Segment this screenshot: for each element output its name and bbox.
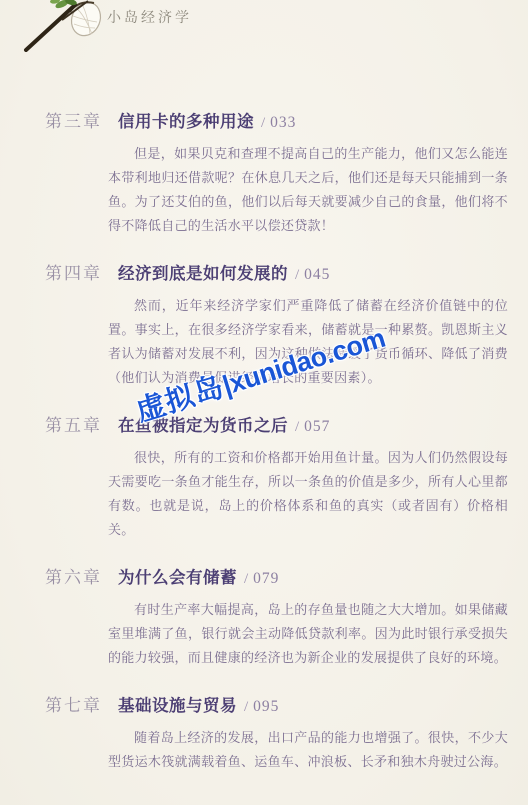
chapter-entry-6: 第六章 为什么会有储蓄 / 079 有时生产率大幅提高，岛上的存鱼量也随之大大增… xyxy=(45,566,508,670)
chapter-summary: 随着岛上经济的发展，出口产品的能力也增强了。很快，不少大型货运木筏就满载着鱼、运… xyxy=(108,726,508,774)
chapter-separator: / xyxy=(261,111,265,135)
chapter-entry-7: 第七章 基础设施与贸易 / 095 随着岛上经济的发展，出口产品的能力也增强了。… xyxy=(45,694,508,774)
chapter-heading: 第六章 为什么会有储蓄 / 079 xyxy=(45,566,508,591)
chapter-title: 基础设施与贸易 xyxy=(118,694,237,718)
chapter-summary: 有时生产率大幅提高，岛上的存鱼量也随之大大增加。如果储藏室里堆满了鱼，银行就会主… xyxy=(108,598,508,670)
table-of-contents: 第三章 信用卡的多种用途 / 033 但是，如果贝克和查理不提高自己的生产能力，… xyxy=(45,110,508,798)
chapter-label: 第六章 xyxy=(45,566,102,590)
chapter-label: 第四章 xyxy=(45,262,102,286)
chapter-separator: / xyxy=(244,567,248,591)
chapter-separator: / xyxy=(295,263,299,287)
chapter-page-number: 057 xyxy=(304,415,330,439)
chapter-page-number: 033 xyxy=(270,111,296,135)
chapter-title: 在鱼被指定为货币之后 xyxy=(118,414,288,438)
fishing-net-icon xyxy=(18,0,113,52)
chapter-page-number: 045 xyxy=(304,263,330,287)
chapter-entry-5: 第五章 在鱼被指定为货币之后 / 057 很快，所有的工资和价格都开始用鱼计量。… xyxy=(45,414,508,542)
chapter-heading: 第五章 在鱼被指定为货币之后 / 057 xyxy=(45,414,508,439)
chapter-heading: 第四章 经济到底是如何发展的 / 045 xyxy=(45,262,508,287)
chapter-summary: 然而，近年来经济学家们严重降低了储蓄在经济价值链中的位置。事实上，在很多经济学家… xyxy=(108,294,508,390)
chapter-page-number: 079 xyxy=(253,567,279,591)
chapter-page-number: 095 xyxy=(253,695,279,719)
chapter-title: 信用卡的多种用途 xyxy=(118,110,254,134)
chapter-label: 第七章 xyxy=(45,694,102,718)
chapter-heading: 第三章 信用卡的多种用途 / 033 xyxy=(45,110,508,135)
chapter-heading: 第七章 基础设施与贸易 / 095 xyxy=(45,694,508,719)
chapter-summary: 但是，如果贝克和查理不提高自己的生产能力，他们又怎么能连本带利地归还借款呢？在休… xyxy=(108,142,508,238)
chapter-entry-3: 第三章 信用卡的多种用途 / 033 但是，如果贝克和查理不提高自己的生产能力，… xyxy=(45,110,508,238)
chapter-separator: / xyxy=(244,695,248,719)
chapter-label: 第三章 xyxy=(45,110,102,134)
running-head: 小岛经济学 xyxy=(0,0,528,52)
chapter-summary: 很快，所有的工资和价格都开始用鱼计量。因为人们仍然假设每天需要吃一条鱼才能生存，… xyxy=(108,446,508,542)
chapter-separator: / xyxy=(295,415,299,439)
chapter-title: 经济到底是如何发展的 xyxy=(118,262,288,286)
book-title: 小岛经济学 xyxy=(107,7,192,27)
chapter-label: 第五章 xyxy=(45,414,102,438)
chapter-entry-4: 第四章 经济到底是如何发展的 / 045 然而，近年来经济学家们严重降低了储蓄在… xyxy=(45,262,508,390)
chapter-title: 为什么会有储蓄 xyxy=(118,566,237,590)
